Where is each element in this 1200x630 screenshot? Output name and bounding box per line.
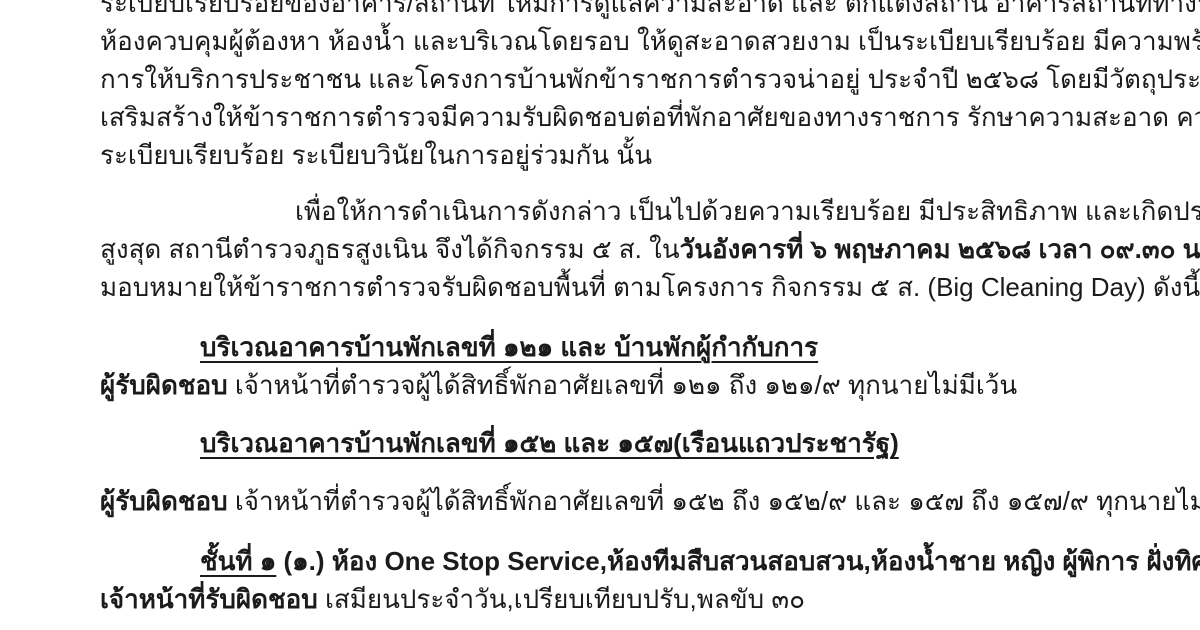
paragraph2-line1: เพื่อให้การดำเนินการดังกล่าว เป็นไปด้วยค… [100, 192, 1140, 230]
paragraph1-line-clipped: ระเบียบเรียบร้อยของอาคาร/สถานที่ ให้มีกา… [100, 0, 1140, 22]
section2-responsible-text: เจ้าหน้าที่ตำรวจผู้ได้สิทธิ์พักอาศัยเลขท… [228, 486, 1200, 516]
section1-body: ผู้รับผิดชอบ เจ้าหน้าที่ตำรวจผู้ได้สิทธิ… [100, 366, 1140, 404]
paragraph1-line5: ระเบียบเรียบร้อย ระเบียบวินัยในการอยู่ร่… [100, 136, 1140, 174]
section3-heading: ชั้นที่ ๑ (๑.) ห้อง One Stop Service,ห้อ… [200, 542, 1140, 580]
paragraph1-line2: ห้องควบคุมผู้ต้องหา ห้องน้ำ และบริเวณโดย… [100, 22, 1140, 60]
section3-body: เจ้าหน้าที่รับผิดชอบ เสมียนประจำวัน,เปรี… [100, 580, 1140, 618]
paragraph1-line4: เสริมสร้างให้ข้าราชการตำรวจมีความรับผิดช… [100, 98, 1140, 136]
paragraph2-line3: มอบหมายให้ข้าราชการตำรวจรับผิดชอบพื้นที่… [100, 268, 1140, 306]
section3-responsible-text: เสมียนประจำวัน,เปรียบเทียบปรับ,พลขับ ๓๐ [318, 584, 805, 614]
section1-responsible-label: ผู้รับผิดชอบ [100, 370, 228, 400]
paragraph2-line2-regular: สูงสุด สถานีตำรวจภูธรสูงเนิน จึงได้กิจกร… [100, 234, 680, 264]
section3-floor-label: ชั้นที่ ๑ [200, 546, 276, 576]
section2-body: ผู้รับผิดชอบ เจ้าหน้าที่ตำรวจผู้ได้สิทธิ… [100, 482, 1140, 520]
paragraph2-line2: สูงสุด สถานีตำรวจภูธรสูงเนิน จึงได้กิจกร… [100, 230, 1140, 268]
section3-heading-rest: (๑.) ห้อง One Stop Service,ห้องทีมสืบสวน… [276, 546, 1200, 576]
section1-heading: บริเวณอาคารบ้านพักเลขที่ ๑๒๑ และ บ้านพัก… [200, 328, 1140, 366]
paragraph1-line3: การให้บริการประชาชน และโครงการบ้านพักข้า… [100, 60, 1140, 98]
document-page: ระเบียบเรียบร้อยของอาคาร/สถานที่ ให้มีกา… [0, 0, 1200, 618]
activity-datetime: วันอังคารที่ ๖ พฤษภาคม ๒๕๖๘ เวลา ๐๙.๓๐ น… [680, 234, 1200, 264]
section1-responsible-text: เจ้าหน้าที่ตำรวจผู้ได้สิทธิ์พักอาศัยเลขท… [228, 370, 1018, 400]
section2-heading: บริเวณอาคารบ้านพักเลขที่ ๑๕๒ และ ๑๕๗(เรื… [200, 424, 1140, 462]
section3-responsible-label: เจ้าหน้าที่รับผิดชอบ [100, 584, 318, 614]
section2-responsible-label: ผู้รับผิดชอบ [100, 486, 228, 516]
